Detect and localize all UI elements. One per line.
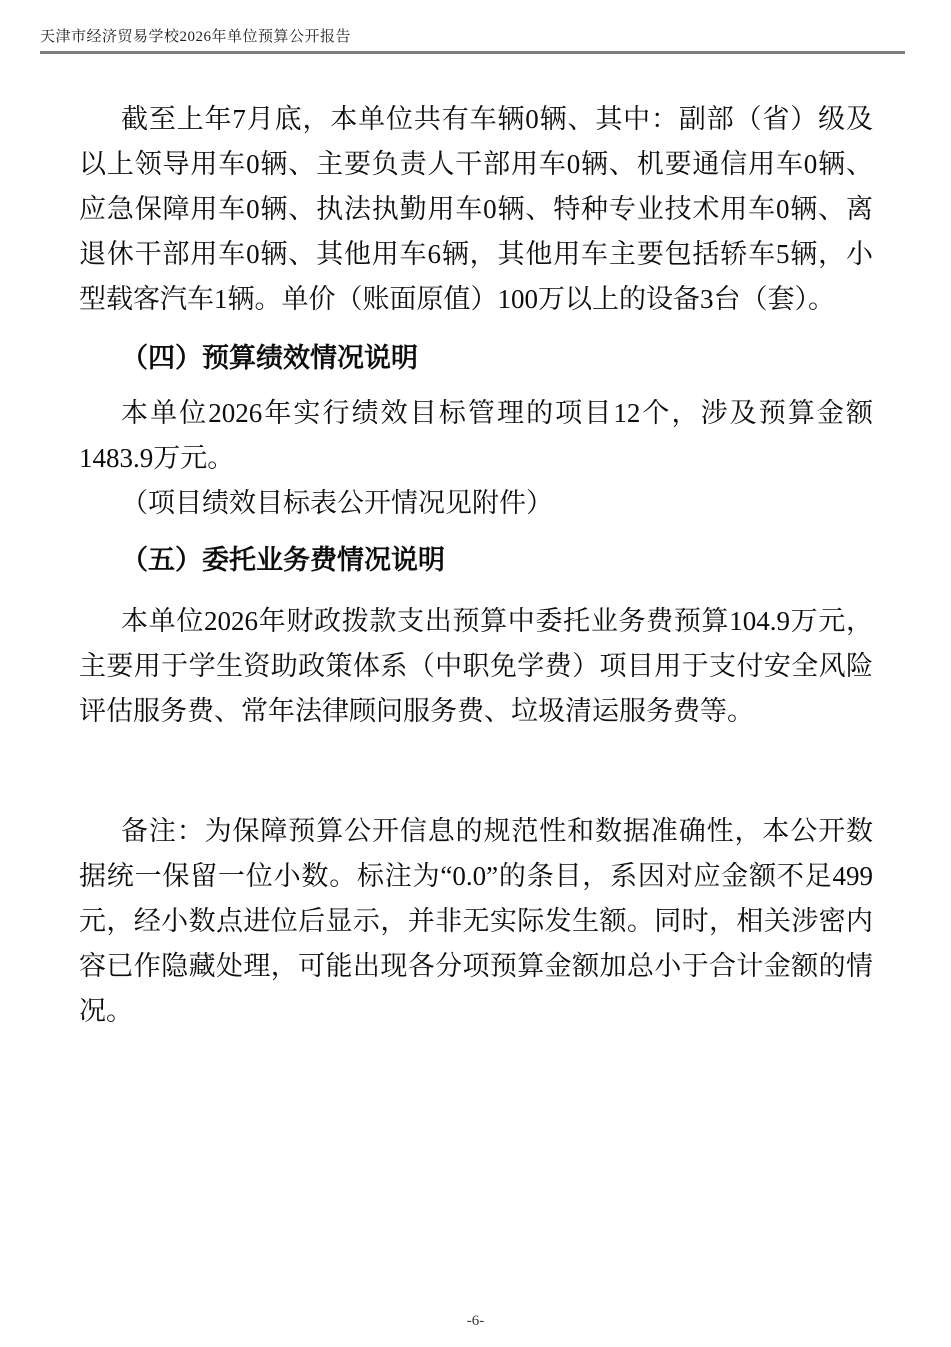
- page-number: -6-: [0, 1313, 951, 1330]
- paragraph-attachment-note: （项目绩效目标表公开情况见附件）: [79, 481, 873, 526]
- paragraph-vehicle-summary: 截至上年7月底，本单位共有车辆0辆、其中：副部（省）级及以上领导用车0辆、主要负…: [79, 97, 873, 322]
- section-heading-4-budget-performance: （四）预算绩效情况说明: [79, 336, 873, 381]
- header-divider-rule: [40, 51, 905, 54]
- page-header-title: 天津市经济贸易学校2026年单位预算公开报告: [40, 25, 351, 46]
- section-heading-5-entrusted-business-fee: （五）委托业务费情况说明: [79, 538, 873, 583]
- document-body: 截至上年7月底，本单位共有车辆0辆、其中：副部（省）级及以上领导用车0辆、主要负…: [79, 97, 873, 1034]
- paragraph-remarks: 备注：为保障预算公开信息的规范性和数据准确性，本公开数据统一保留一位小数。标注为…: [79, 809, 873, 1034]
- paragraph-entrusted-business-fee: 本单位2026年财政拨款支出预算中委托业务费预算104.9万元，主要用于学生资助…: [79, 599, 873, 734]
- paragraph-performance-targets: 本单位2026年实行绩效目标管理的项目12个，涉及预算金额1483.9万元。: [79, 391, 873, 481]
- document-page: { "document": { "header": { "title": "天津…: [0, 0, 951, 1347]
